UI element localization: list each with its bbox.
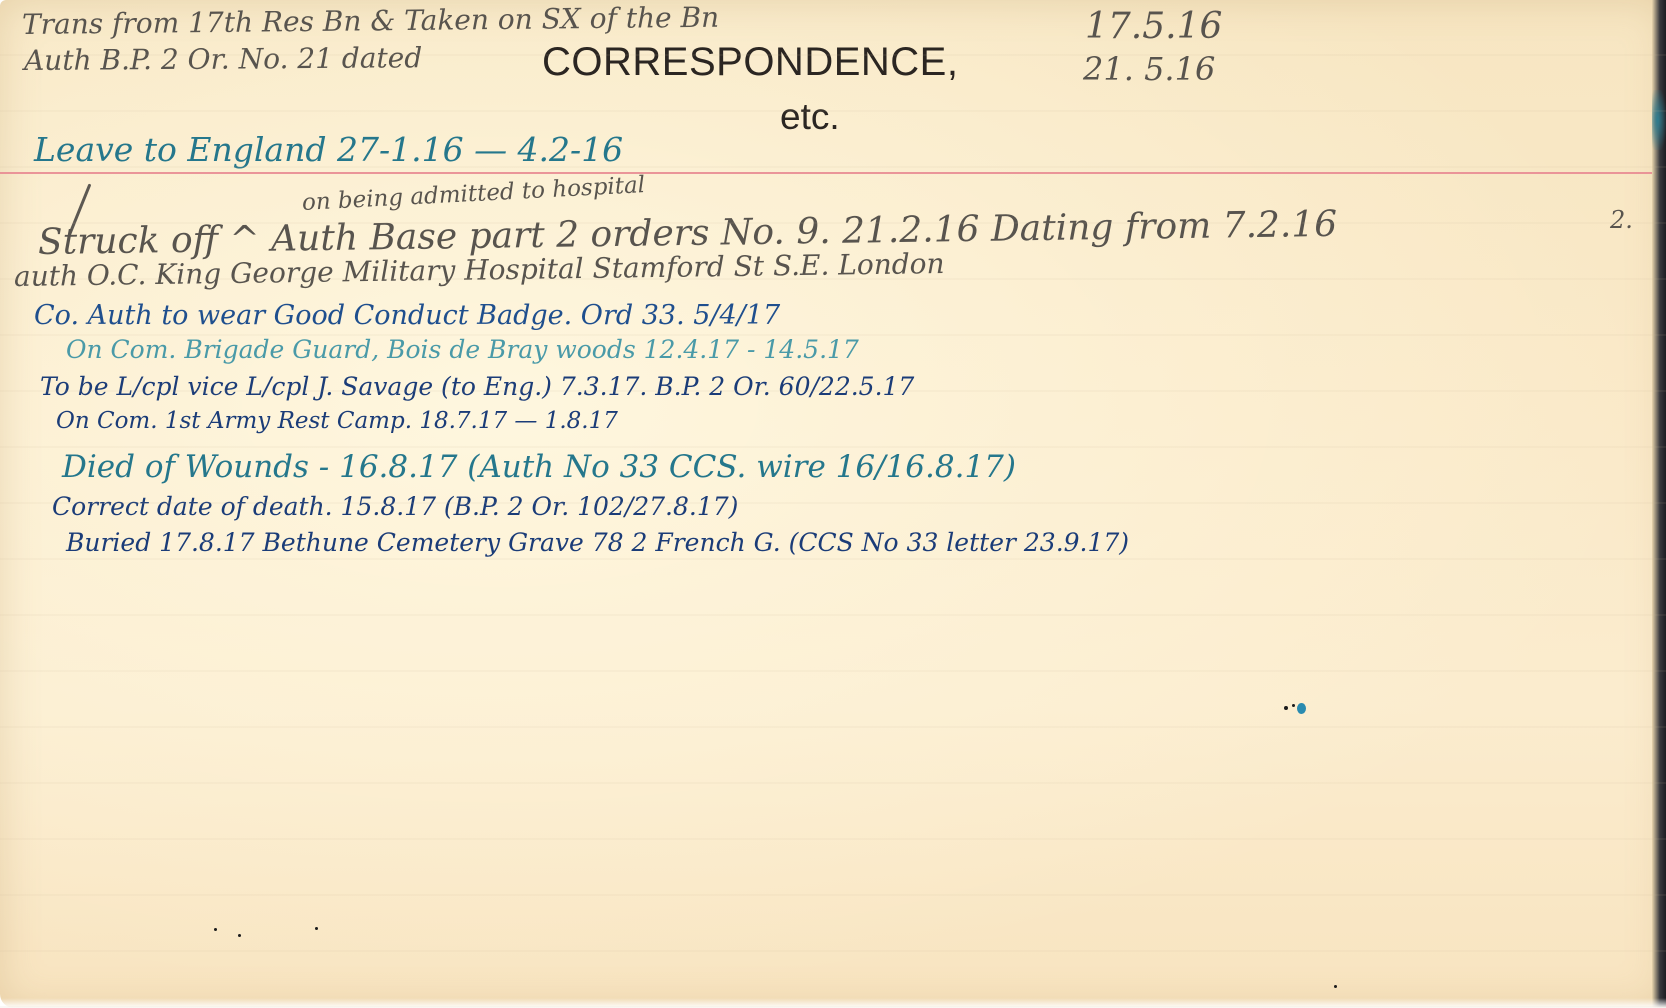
paper-speck [315,927,318,930]
entry-rest-camp: On Com. 1st Army Rest Camp. 18.7.17 — 1.… [56,408,618,434]
entry-transfer: Trans from 17th Res Bn & Taken on SX of … [22,1,719,41]
entry-leave: Leave to England 27-1.16 — 4.2-16 [34,130,623,169]
entry-buried: Buried 17.8.17 Bethune Cemetery Grave 78… [66,528,1129,557]
entry-brigade-guard: On Com. Brigade Guard, Bois de Bray wood… [66,335,859,364]
entry-good-conduct: Co. Auth to wear Good Conduct Badge. Ord… [34,300,780,331]
entry-correct-date: Correct date of death. 15.8.17 (B.P. 2 O… [52,492,738,521]
entry-authority: Auth B.P. 2 Or. No. 21 dated [24,41,422,77]
entry-lance-corporal: To be L/cpl vice L/cpl J. Savage (to Eng… [40,372,914,401]
paper-speck [214,928,217,931]
entry-authority-date: 21. 5.16 [1083,50,1215,88]
printed-subtitle: etc. [780,96,840,138]
ink-stain [1652,90,1666,150]
correspondence-card: CORRESPONDENCE, etc. Trans from 17th Res… [0,0,1666,1008]
card-bottom-edge [0,998,1666,1008]
card-right-edge [1652,0,1666,1008]
entry-struck-off-correction: 2. [1610,206,1633,234]
printed-title: CORRESPONDENCE, [542,40,958,85]
ink-blot-mark [1284,700,1306,716]
paper-speck [1334,985,1337,988]
entry-transfer-date: 17.5.16 [1085,6,1222,47]
paper-speck [238,934,241,937]
entry-admitted-insert: on being admitted to hospital [301,172,645,216]
red-rule-line [0,172,1652,174]
entry-died-of-wounds: Died of Wounds - 16.8.17 (Auth No 33 CCS… [62,449,1016,485]
